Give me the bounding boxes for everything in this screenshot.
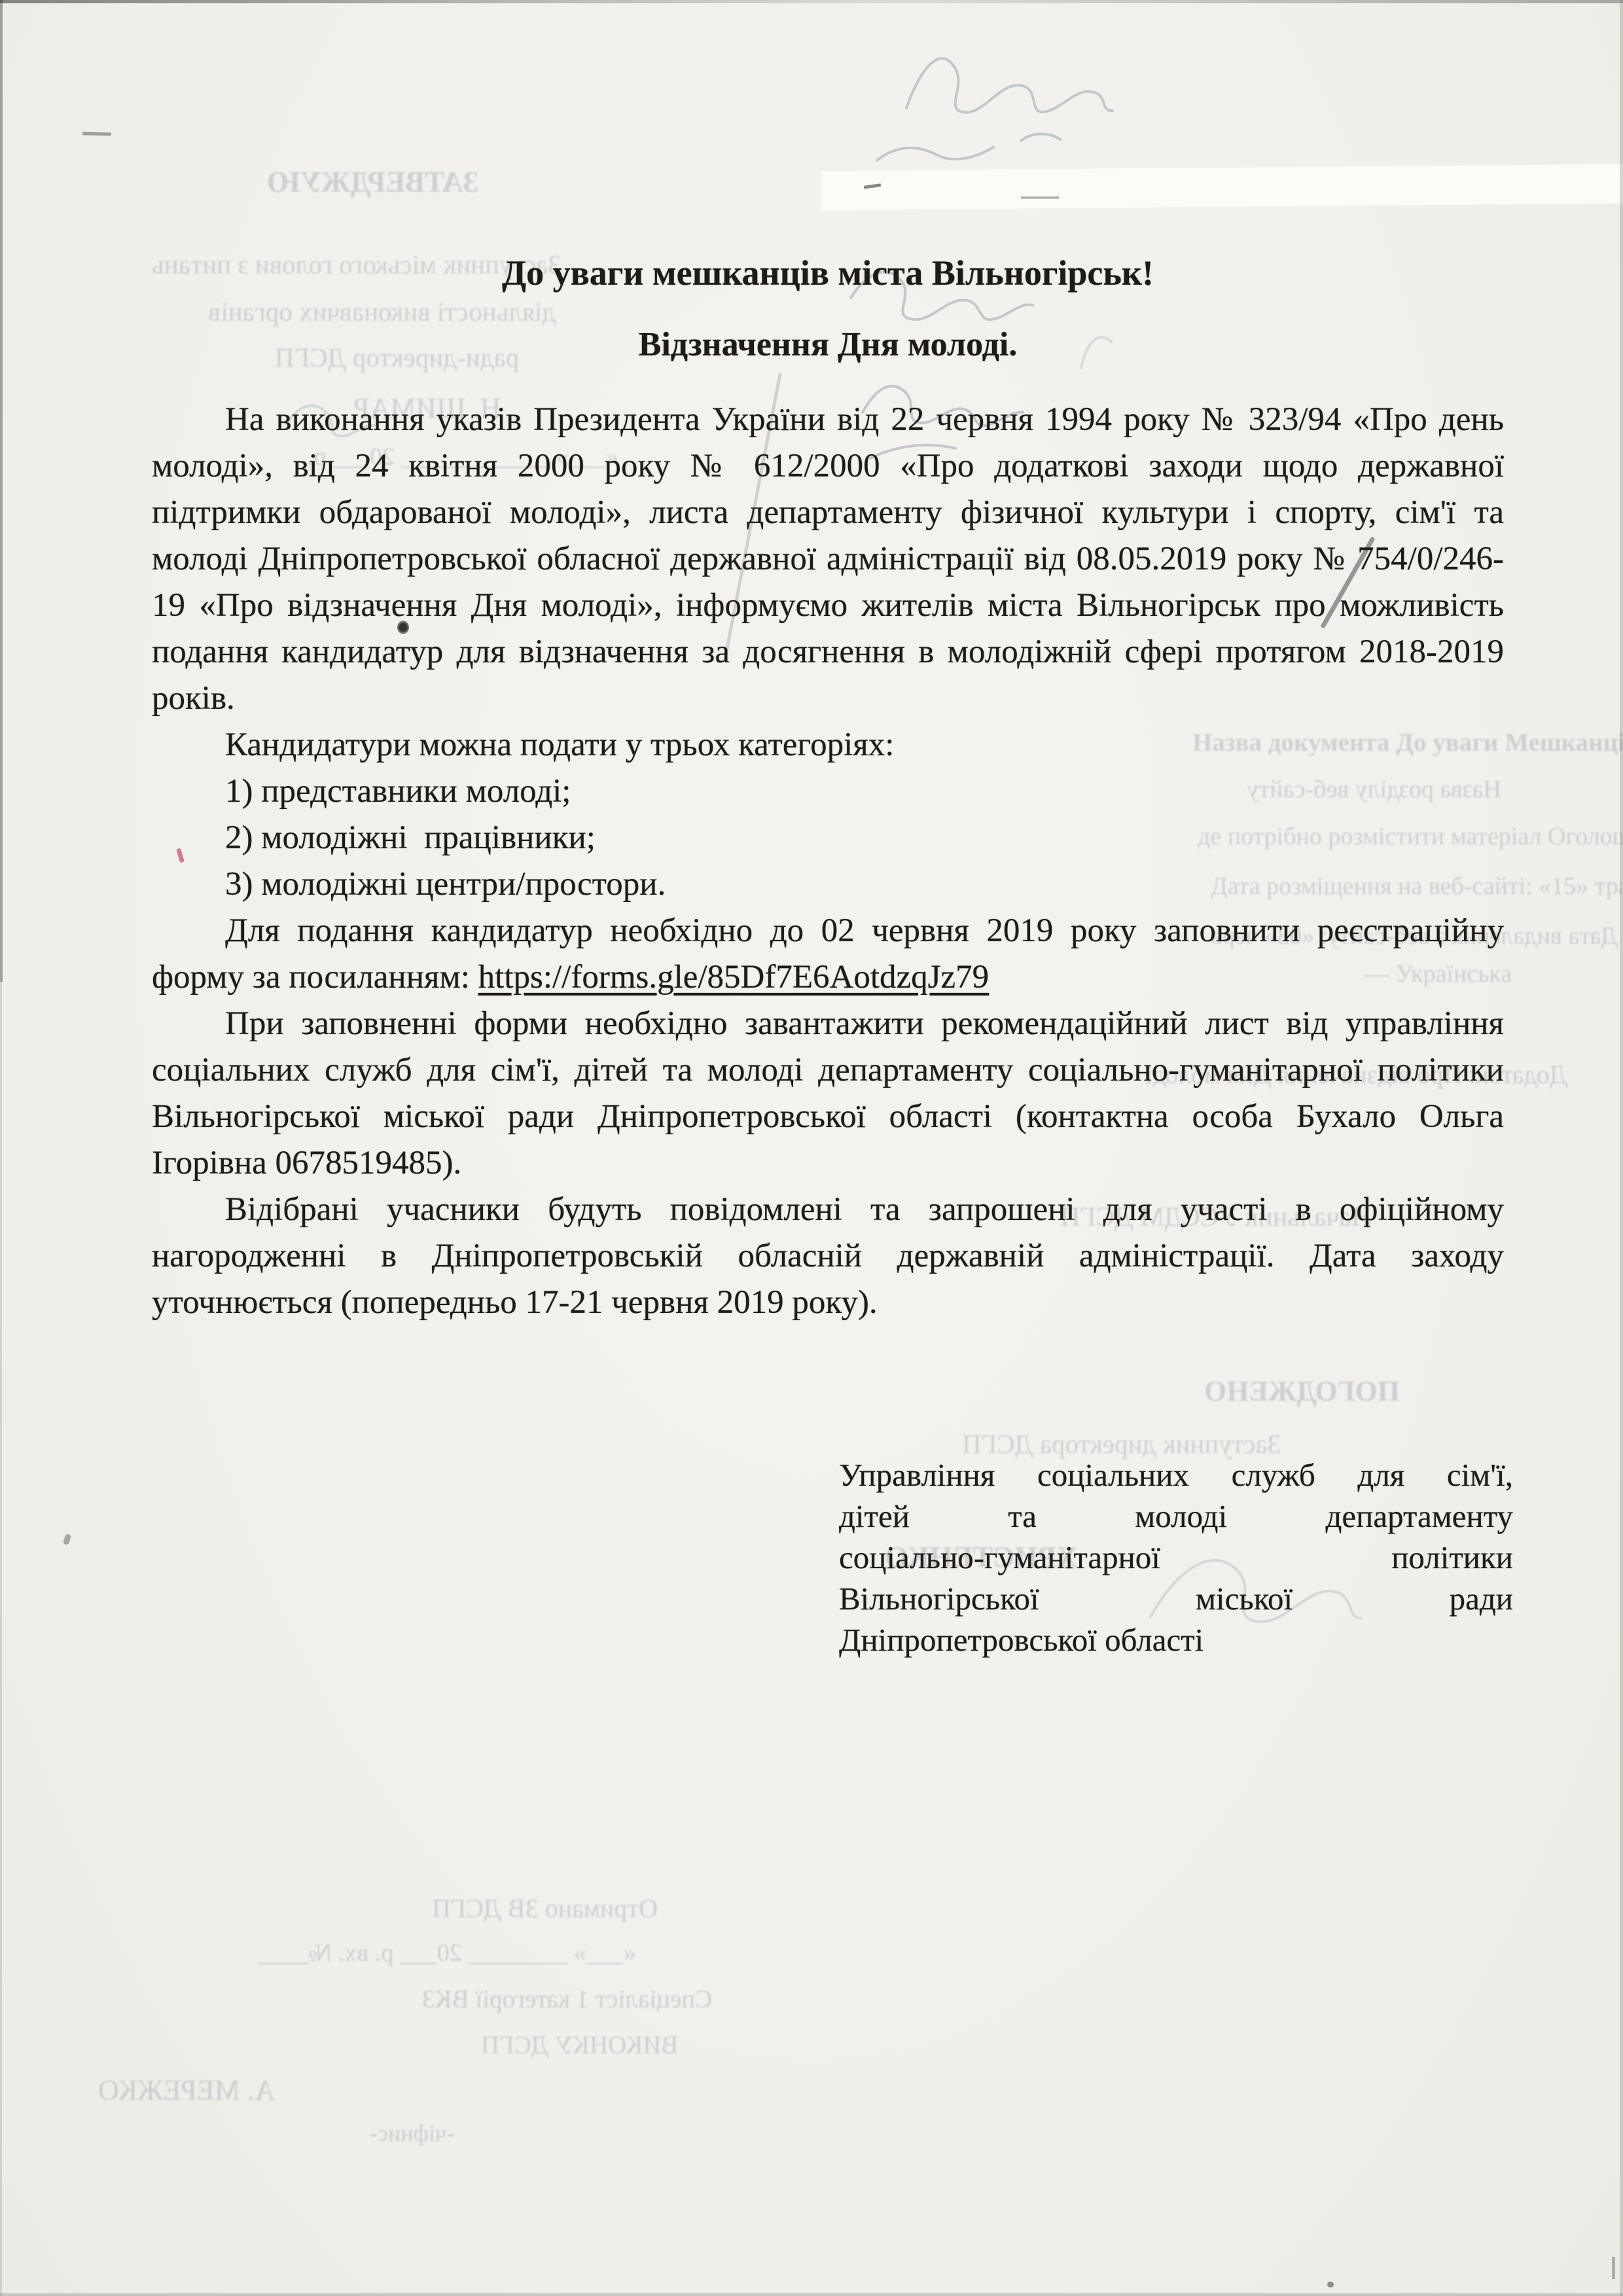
scanned-document-page: ЗАТВЕРДЖУЮ Заступник міського голови з п… [0,0,1623,2296]
list-item-youth-workers: 2) молодіжні працівники; [152,815,1504,861]
paragraph-categories-intro: Кандидатури можна подати у трьох категор… [152,722,1504,768]
signature-line: Дніпропетровської області [839,1619,1513,1660]
signature-line: Управління соціальних служб для сім'ї, [839,1454,1513,1496]
scan-edge [0,982,2,2296]
scan-white-streak [821,164,1623,211]
signature-line: дітей та молоді департаменту [839,1496,1513,1537]
ghost-agreed-stamp: ПОГОДЖЕНО [1204,1374,1400,1408]
ghost-received-name: А. МЕРЕЖКО [98,2073,276,2107]
document-title: До уваги мешканців міста Вільногірськ! [152,253,1504,293]
scan-speck [63,1534,72,1545]
ghost-approve-stamp: ЗАТВЕРДЖУЮ [267,165,479,199]
paragraph-awarding: Відібрані учасники будуть повідомлені та… [152,1187,1504,1326]
ghost-received-line: «___» ________ 20___ р. вх. №____ [259,1939,636,1967]
scan-edge [0,0,1623,3]
document-subtitle: Відзначення Дня молоді. [152,325,1504,364]
paragraph-decrees: На виконання указів Президента України в… [152,397,1504,722]
scan-edge [0,0,3,982]
registration-form-link[interactable]: https://forms.gle/85Df7E6AotdzqJz79 [478,959,990,996]
scan-edge [1620,0,1623,2296]
paragraph-registration: Для подання кандидатур необхідно до 02 ч… [152,908,1504,1001]
signature-line: Вільногірської міської ради [839,1578,1513,1619]
ghost-received-line: Отримано ЗВ ДСГП [432,1893,658,1924]
ghost-received-line: -чіфнис- [370,2119,455,2147]
ink-blot [397,620,409,634]
handwriting-stroke [877,147,993,160]
signature-block: Управління соціальних служб для сім'ї, д… [839,1454,1513,1660]
handwriting-stroke [1021,134,1060,141]
ghost-received-line: Спеціаліст 1 категорії ВКЗ [422,1984,712,2014]
list-item-youth-representatives: 1) представники молоді; [152,768,1504,815]
signature-line: соціально-гуманітарної політики [839,1537,1513,1578]
scan-edge [0,2293,1623,2296]
list-item-youth-centers: 3) молодіжні центри/простори. [152,861,1504,908]
paragraph-requirements: При заповненні форми необхідно завантажи… [152,1001,1504,1187]
scan-speck [1327,2282,1334,2287]
scan-speck [82,132,111,135]
handwriting-stroke [906,58,1113,112]
document-body: На виконання указів Президента України в… [152,397,1504,1326]
scan-speck [1021,196,1059,199]
ghost-received-line: ВИКОНКУ ДСГП [481,2030,678,2060]
ghost-approve-line: діяльності виконавчих органів [208,296,556,327]
scan-speck [1612,2257,1615,2279]
